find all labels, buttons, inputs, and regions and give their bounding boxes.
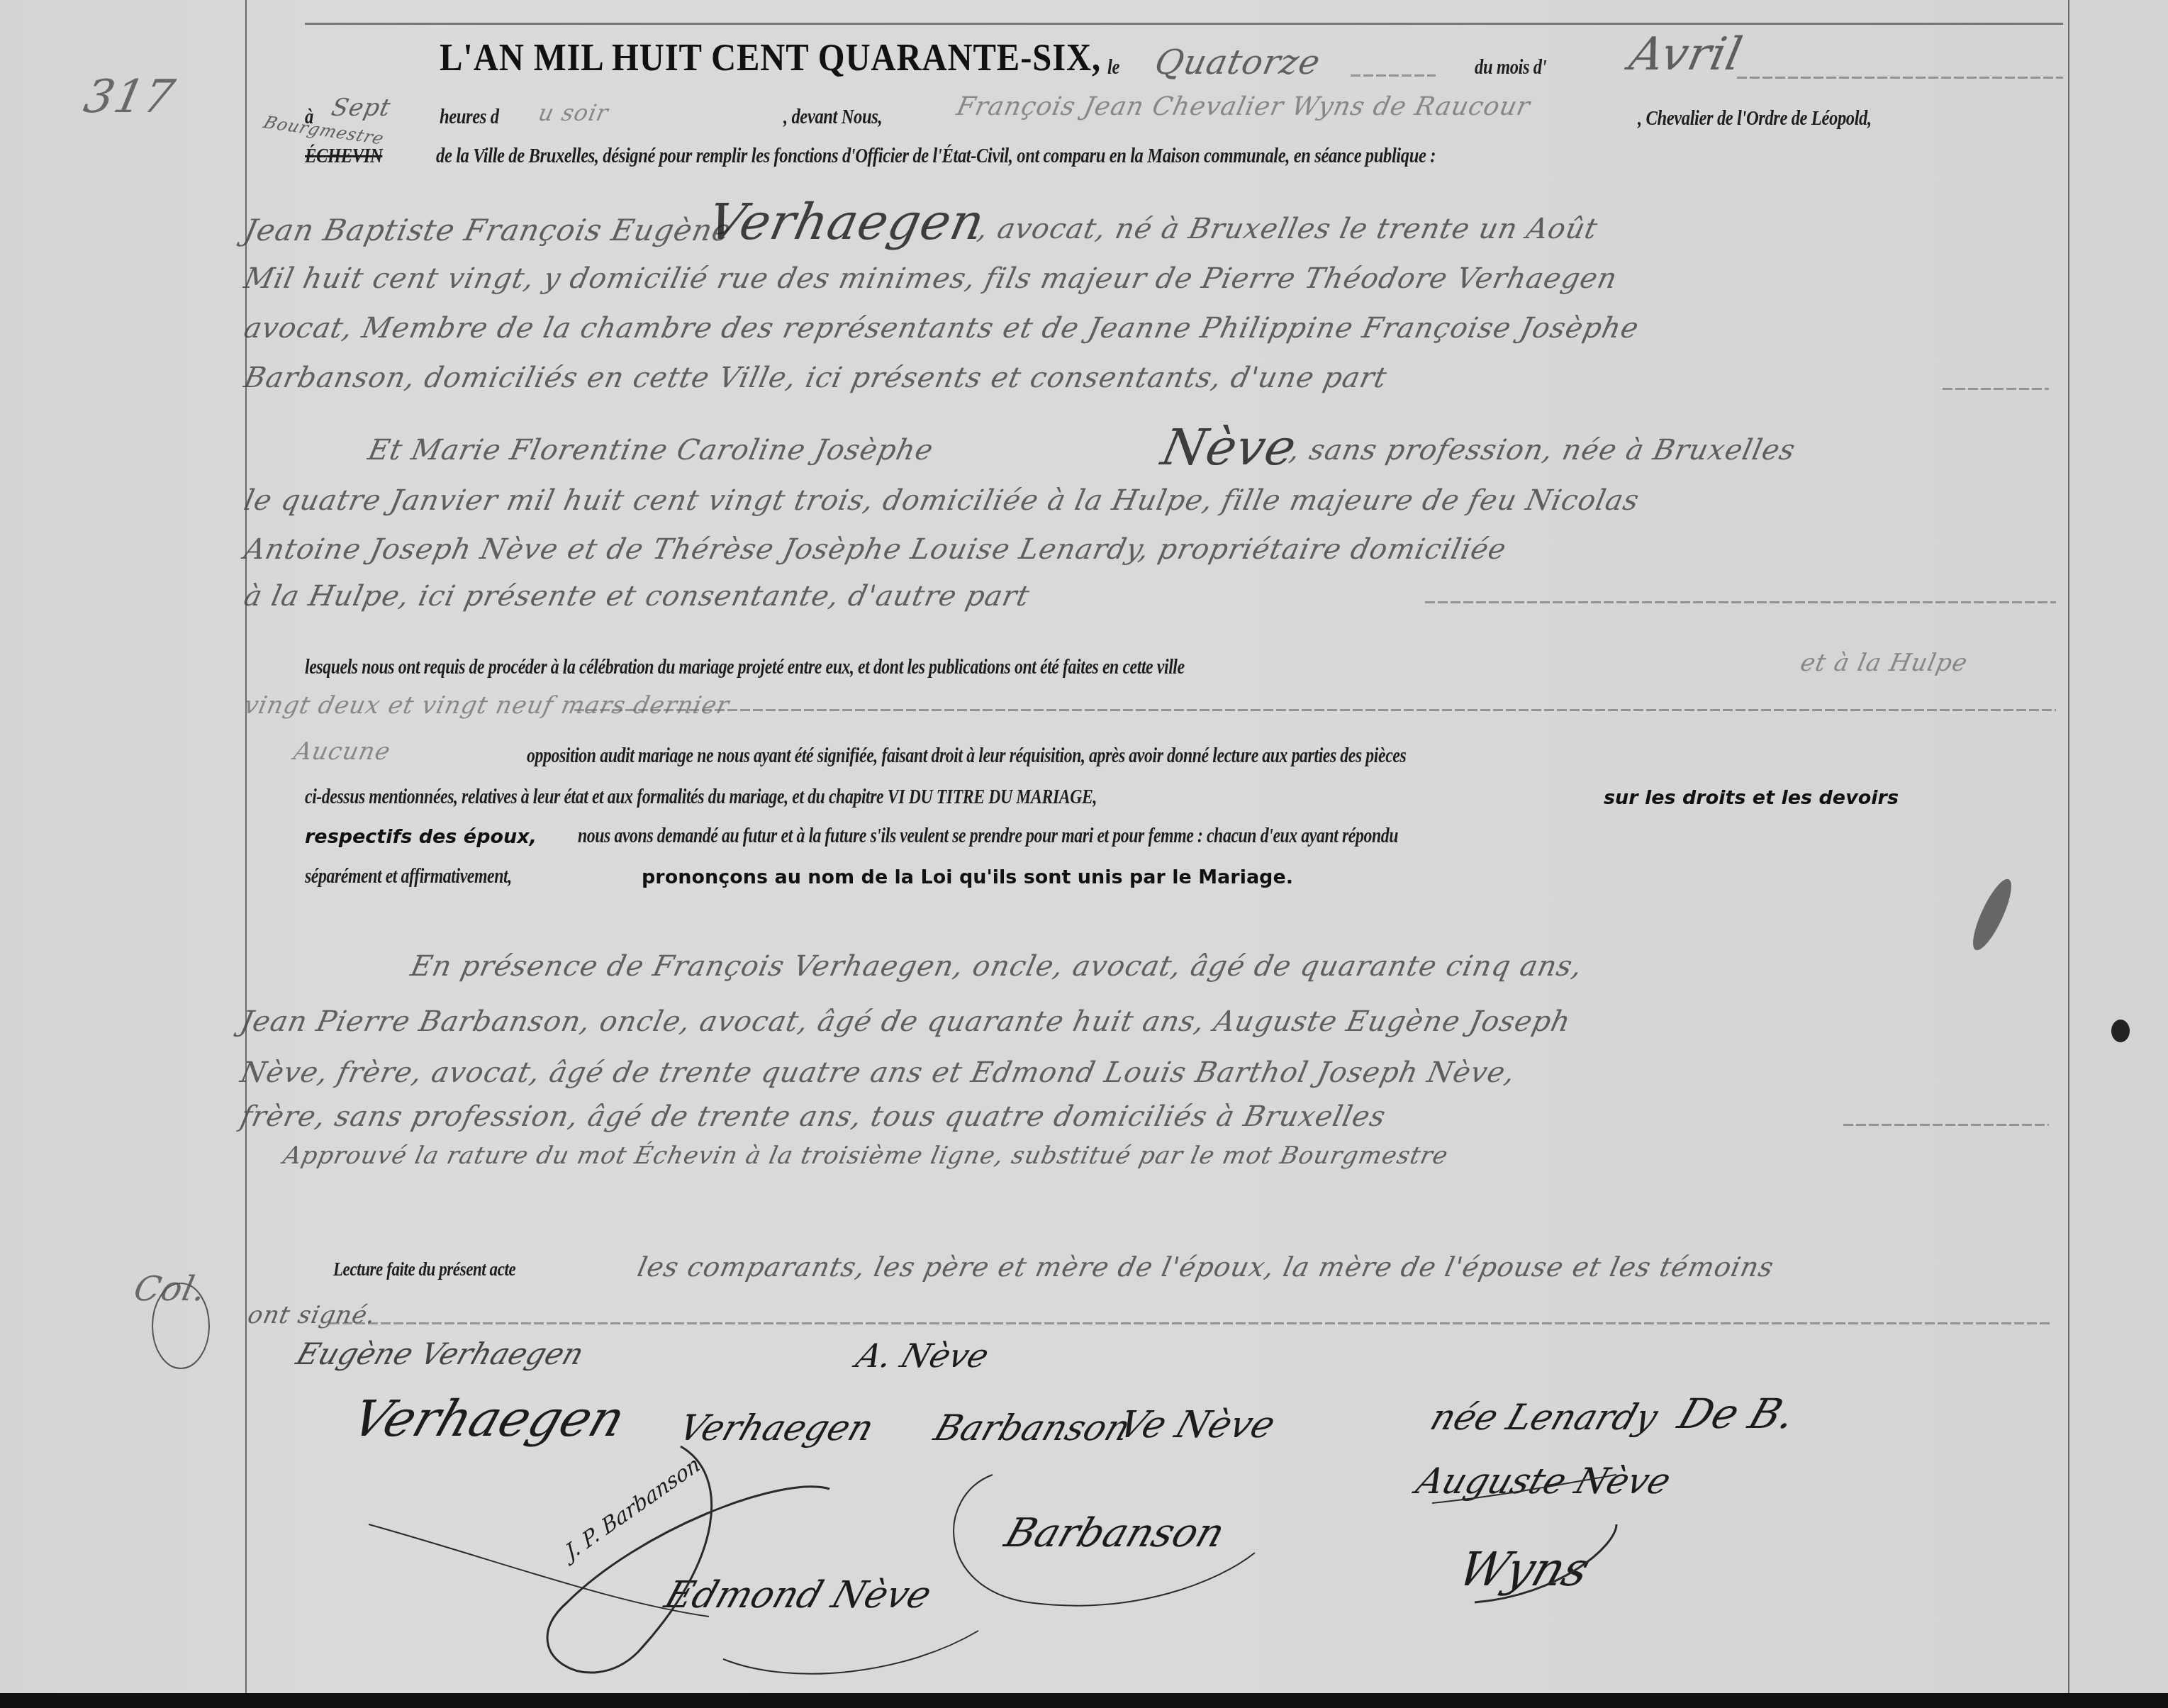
civil-register-page: 317 L'AN MIL HUIT CENT QUARANTE-SIX, le … <box>0 0 2168 1708</box>
scan-bottom-edge <box>0 1693 2168 1708</box>
signature-flourishes <box>0 0 2168 1708</box>
